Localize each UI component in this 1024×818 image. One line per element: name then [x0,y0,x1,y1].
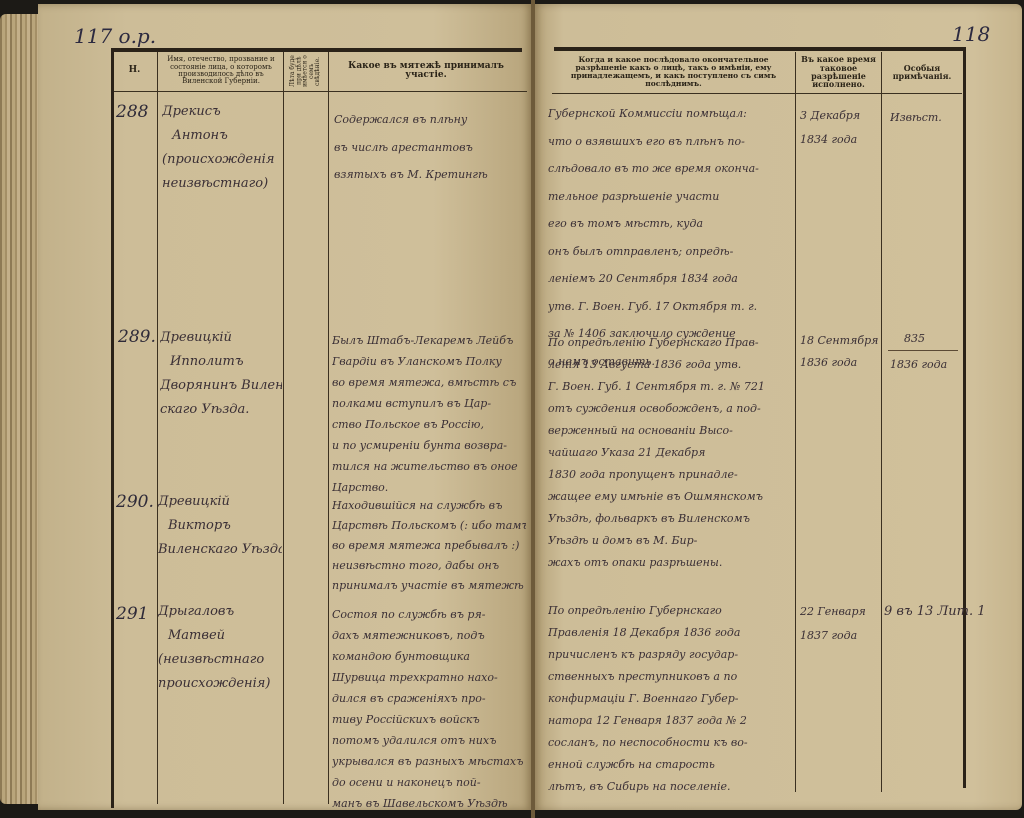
entry-name: ДрыгаловъМатвей(неизвѣстнагопроисхождені… [158,600,282,696]
entry-executed-date: 3 Декабря1834 года [800,104,880,152]
entry-number: 290. [116,492,154,512]
ledger-spread: 117 о.р. 118 Н. Имя, отечество, прозвани… [0,0,1024,818]
entry-resolution: По опредѣленію ГубернскагоПравленія 18 Д… [548,600,794,798]
column-rule [328,52,329,804]
header-resolution: Когда и какое послѣдовало окончательное … [552,52,795,92]
entry-remarks: 8351836 года [890,326,960,378]
header-age-text: Лѣта буде при дѣлѣ имѣется о семъ свѣдѣн… [290,52,321,90]
entry-name: ДревицкійВикторъВиленскаго Уѣзда [158,490,282,562]
entry-resolution: жащее ему имѣніе въ ОшмянскомъУѣздѣ, фол… [548,486,794,574]
entry-resolution: По опредѣленію Губернскаго Прав-ленія 13… [548,332,794,486]
entry-participation: Состоя по службѣ въ ря-дахъ мятежниковъ,… [332,604,526,814]
header-name: Имя, отечество, прозвание и состояніе ли… [159,52,283,90]
entry-number: 291 [116,604,148,624]
column-rule [111,48,114,808]
left-folio-number: 117 о.р. [74,24,156,48]
entry-executed-date: 22 Генваря1837 года [800,600,880,648]
entry-participation: Содержался въ плѣнувъ числѣ арестантовъв… [334,106,524,189]
entry-remarks: 9 въ 13 Лит. 1 [884,598,1024,626]
entry-participation: Находившійся на службѣ въЦарствѣ Польско… [332,496,526,596]
header-bottom-rule-left [112,91,527,92]
column-rule [881,52,882,792]
entry-name: ДрекисъАнтонъ(происхожденіянеизвѣстнаго) [162,100,282,196]
header-top-rule-right [554,47,966,51]
column-rule [795,52,796,792]
entry-number: 289. [118,327,156,347]
right-folio-number: 118 [952,22,990,46]
header-remarks: Особыя примѣчанія. [882,52,962,92]
header-executed: Въ какое время таковое разрѣшеніе исполн… [796,52,881,92]
entry-executed-date: 18 Сентября1836 года [800,330,880,374]
header-participation: Какое въ мятежѣ принималъ участіе. [330,52,522,90]
entry-name: ДревицкійИпполитъДворянинъ Вилен-скаго У… [160,326,282,422]
book-gutter [531,0,535,818]
entry-remarks: Извѣст. [890,104,960,132]
header-number: Н. [112,52,157,90]
entry-number: 288 [116,102,148,122]
header-age: Лѣта буде при дѣлѣ имѣется о семъ свѣдѣн… [284,52,328,90]
header-bottom-rule-right [552,93,962,94]
column-rule [963,48,966,788]
column-rule [283,52,284,804]
remark-underline [888,350,958,351]
entry-participation: Былъ Штабъ-Лекаремъ ЛейбъГвардіи въ Улан… [332,330,526,498]
